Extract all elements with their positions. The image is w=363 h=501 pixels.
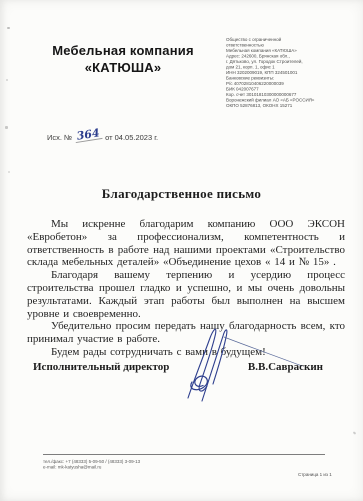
scan-artifact bbox=[8, 171, 10, 173]
reference-date: от 04.05.2023 г. bbox=[105, 133, 158, 142]
signatory-role: Исполнительный директор bbox=[33, 361, 169, 373]
letter-paragraph: Мы искренне благодарим компанию ООО ЭКСО… bbox=[27, 218, 345, 269]
footer-page-number: Страница 1 из 1 bbox=[298, 472, 328, 477]
scanned-letter-page: Мебельная компания «КАТЮША» Общество с о… bbox=[0, 0, 363, 501]
signature-row: Исполнительный директор В.В.Савраскин bbox=[33, 361, 323, 373]
outgoing-reference-line: Исх. № 364 от 04.05.2023 г. bbox=[47, 131, 158, 142]
footer-divider bbox=[43, 454, 325, 455]
footer-email: e-mail: mk-katyusha@mail.ru bbox=[43, 465, 243, 471]
scan-artifact bbox=[353, 431, 357, 434]
reference-number-handwritten: 364 bbox=[74, 128, 102, 143]
handwritten-signature bbox=[150, 310, 310, 410]
company-name-line2: «КАТЮША» bbox=[38, 59, 208, 76]
scan-artifact bbox=[5, 126, 8, 129]
scan-artifact bbox=[7, 27, 10, 29]
company-requisites-line: ОКПО 52876813, ОКОНХ 15271 bbox=[226, 103, 363, 109]
reference-prefix: Исх. № bbox=[47, 133, 72, 142]
document-title: Благодарственное письмо bbox=[0, 186, 363, 202]
company-requisites-block: Общество с ограниченнойответственностьюМ… bbox=[226, 37, 363, 109]
letterhead-company-name: Мебельная компания «КАТЮША» bbox=[38, 42, 208, 76]
scan-artifact bbox=[6, 79, 8, 81]
company-name-line1: Мебельная компания bbox=[38, 42, 208, 59]
footer-contacts: тел./факс: +7 (48333) 5-09-50 / (48333) … bbox=[43, 459, 243, 470]
signatory-name: В.В.Савраскин bbox=[248, 361, 323, 373]
